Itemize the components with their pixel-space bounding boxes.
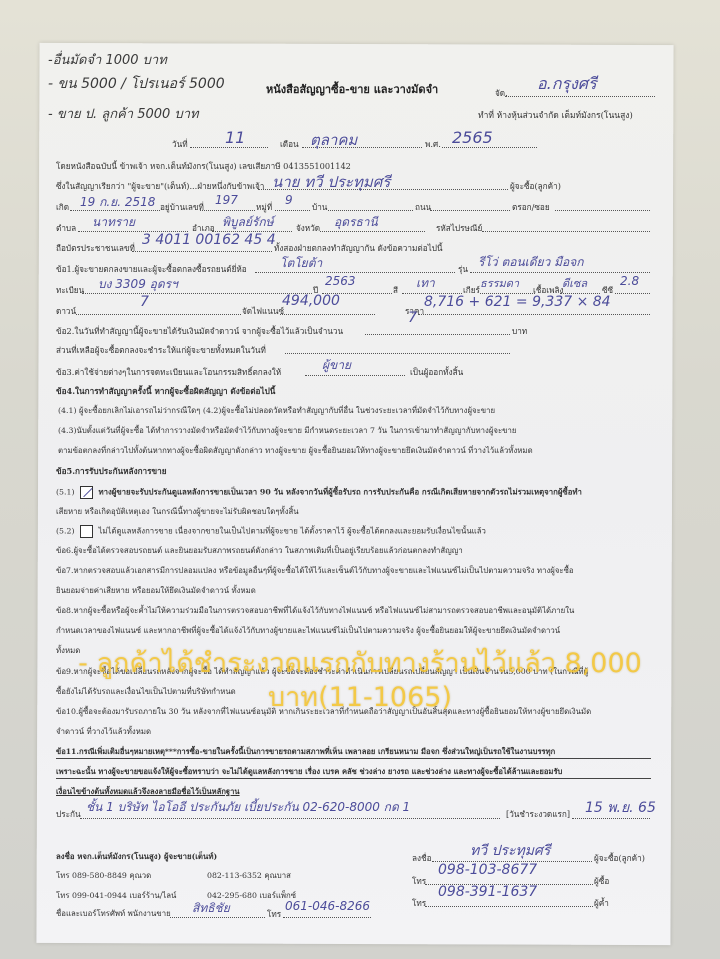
seller-phone-1: โทร 089-580-8849 คุณวด: [56, 870, 151, 882]
clause-11b-underline: [56, 778, 651, 779]
district-value: พิบูลย์รักษ์: [222, 213, 274, 232]
clause-5-1-label: (5.1): [56, 488, 74, 497]
seller-phone-3: โทร 099-041-0944 เบอร์ร้าน/ไลน์: [56, 890, 176, 902]
sales-phone: 061-046-8266: [285, 899, 370, 913]
province-label: จัด.: [495, 87, 508, 100]
down-rule: [76, 314, 241, 315]
postcode-rule: [482, 231, 650, 232]
guarantor-phone: 098-391-1637: [438, 884, 537, 900]
clause-4-1: (4.1) ผู้จะซื้อยกเลิกไม่เอารถไม่ว่ากรณีใ…: [58, 405, 495, 417]
road-rule: [430, 210, 510, 211]
payment-overlay-line2: บาท(11-1065): [0, 675, 720, 718]
finance-rule: [280, 314, 375, 315]
clause-11-underline: [56, 758, 651, 759]
buyer-name: นาย ทวี ประทุมศรี: [272, 170, 390, 194]
note-transport: - ขน 5000 / โปรเนอร์ 5000: [48, 73, 225, 95]
down-label: ดาวน์: [56, 305, 76, 318]
clause-7: ข้อ7.หากตรวจสอบแล้วเอกสารมีการปลอมแปลง ห…: [56, 565, 574, 577]
clause-4-3: (4.3)นับตั้งแต่วันที่ผู้จะซื้อ ได้ทำการว…: [58, 425, 516, 437]
born-value: 19 ก.ย. 2518: [80, 193, 155, 212]
seller-signature: ลงชื่อ หจก.เต็นท์มังกร(โนนสูง) ผู้จะขาย(…: [56, 851, 217, 863]
soi-rule: [555, 210, 650, 211]
clause-3-suffix: เป็นผู้ออกทั้งสิ้น: [410, 366, 463, 379]
sales-phone-rule: [283, 917, 371, 918]
village-label: บ้าน: [312, 201, 327, 214]
insurance-rule: [80, 818, 500, 819]
road-label: ถนน: [415, 201, 431, 214]
clause-8b: กำหนดเวลาของไฟแนนซ์ และหากอาชีพที่ผู้จะซ…: [56, 625, 560, 637]
guarantor-phone-suffix: ผู้ค้ำ: [594, 897, 609, 910]
clause-5: ข้อ5.การรับประกันหลังการขาย: [56, 465, 167, 478]
day-label: วันที่: [172, 138, 188, 151]
house-no: 197: [215, 193, 238, 207]
buyer-suffix: ผู้จะซื้อ(ลูกค้า): [510, 180, 561, 193]
clause-2-rule: [365, 334, 510, 335]
clause-2-value: 7: [408, 310, 417, 326]
year-car-value: 2563: [325, 274, 356, 288]
moo-rule: [275, 210, 310, 211]
id-label: ถือบัตรประชาชนเลขที่: [56, 242, 135, 255]
color-label: สี: [393, 284, 398, 297]
first-payment-value: 15 พ.ย. 65: [585, 797, 656, 819]
clause-5-1-text: ทางผู้ขายจะรับประกันดูแลหลังการขายเป็นเว…: [98, 488, 581, 497]
seller-phone-2: 082-113-6352 คุณบาส: [207, 870, 291, 882]
insurance-value: ชั้น 1 บริษัท ไอโออี ประกันภัย เบี้ยประก…: [86, 798, 410, 817]
clause-8: ข้อ8.หากผู้จะซื้อหรือผู้จะค้ำไม่ให้ความร…: [56, 605, 574, 617]
buyer-phone-label: โทร: [412, 875, 426, 888]
year-rule: [442, 147, 537, 148]
id-rule: [132, 251, 272, 252]
buyer-sig-suffix: ผู้จะซื้อ(ลูกค้า): [594, 852, 645, 865]
born-label: เกิด: [56, 201, 69, 214]
buyer-phone: 098-103-8677: [438, 862, 537, 878]
clause-3: ข้อ3.ค่าใช้จ่ายต่างๆในการจดทะเบียนและโอน…: [56, 366, 281, 379]
warranty-90-days-checkbox[interactable]: [80, 486, 93, 499]
seller-line: ซึ่งในสัญญาเรียกว่า "ผู้จะขาย"(เต็นท์)..…: [56, 180, 264, 193]
finance-label: จัดไฟแนนซ์: [242, 305, 284, 318]
clause-11c: เงื่อนไขข้างต้นทั้งหมดแล้วจึงลงลายมือชื่…: [56, 786, 240, 798]
sales-phone-label: โทร: [267, 908, 281, 921]
subdistrict-value: นาทราย: [92, 213, 135, 232]
year-label: พ.ศ.: [425, 138, 441, 151]
cc-value: 2.8: [620, 274, 639, 288]
clause-6: ข้อ6.ผู้จะซื้อได้ตรวจสอบรถยนต์ และยินยอม…: [56, 545, 463, 557]
clause-2-unit: บาท: [512, 325, 527, 338]
note-deposit: -อื่นมัดจำ 1000 บาท: [48, 49, 167, 70]
clause-5-2-text: ไม่ได้ดูแลหลังการขาย เนื่องจากขายในเป็นไ…: [98, 527, 485, 536]
day-value: 11: [225, 128, 245, 147]
fuel-value: ดีเซล: [562, 274, 587, 292]
clause-2b-rule: [285, 353, 510, 354]
year-value: 2565: [452, 128, 493, 147]
clause-7b: ยินยอมจ่ายค่าเสียหาย หรือยอมให้ยึดเงินมั…: [56, 585, 256, 597]
moo-value: 9: [285, 193, 293, 207]
price-rule: [418, 314, 650, 315]
day-rule: [190, 147, 268, 148]
clause-2b: ส่วนที่เหลือผู้จะซื้อตกลงจะชำระให้แก่ผู้…: [56, 344, 266, 357]
clause-10b: จำดาวน์ ที่วางไว้แล้วทั้งหมด: [56, 726, 151, 738]
buyer-phone-suffix: ผู้ซื้อ: [594, 875, 609, 888]
clause-5-2-label: (5.2): [56, 527, 74, 536]
note-sale: - ขาย ป. ลูกค้า 5000 บาท: [48, 103, 199, 124]
reg-label: ทะเบียน: [56, 284, 84, 297]
guarantor-phone-label: โทร: [412, 897, 426, 910]
soi-label: ตรอก/ซอย: [512, 201, 550, 214]
buyer-sig-label: ลงชื่อ: [412, 852, 432, 865]
reg-value: บง 3309 อุดรฯ: [98, 275, 178, 294]
month-label: เดือน: [280, 138, 299, 151]
house-rule: [200, 210, 255, 211]
province-value: อ.กรุงศรี: [537, 72, 597, 97]
postcode-label: รหัสไปรษณีย์: [436, 222, 482, 235]
cc-rule: [615, 293, 650, 294]
clause-3-rule: [305, 375, 405, 376]
clause-11: ข้อ11.กรณีเพิ่มเติมอื่นๆหมายเหตุ***การซื…: [56, 746, 555, 758]
gear-value: ธรรมดา: [480, 274, 519, 292]
down-value: 7: [140, 294, 149, 310]
color-value: เทา: [416, 274, 435, 293]
first-payment-label: [วันชำระงวดแรก]: [506, 808, 570, 821]
village-rule: [328, 210, 413, 211]
house-no-label: อยู่บ้านเลขที่: [160, 201, 204, 214]
sales-label: ชื่อและเบอร์โทรศัพท์ พนักงานขาย: [56, 908, 171, 920]
month-value: ตุลาคม: [310, 128, 357, 152]
finance-value: 494,000: [282, 293, 340, 309]
brand-value: โตโยต้า: [280, 254, 322, 273]
clause-3-value: ผู้ขาย: [322, 356, 351, 375]
price-value: 8,716 + 621 = 9,337 × 84: [424, 294, 611, 310]
clause-5-1: (5.1) ทางผู้ขายจะรับประกันดูแลหลังการขาย…: [56, 486, 582, 499]
insurance-label: ประกัน: [56, 808, 81, 821]
buyer-signature: ทวี ประทุมศรี: [470, 840, 550, 862]
clause-2: ข้อ2.ในวันที่ทำสัญญานี้ผู้จะขายได้รับเงิ…: [56, 325, 343, 338]
clause-11b: เพราะฉะนั้น ทางผู้จะขายขอแจ้งให้ผู้จะซื้…: [56, 766, 562, 778]
clause-5-1b: เสียหาย หรือเกิดอุบัติเหตุเอง ในกรณีนี้ท…: [56, 506, 299, 518]
id-value: 3 4011 00162 45 4: [142, 232, 276, 248]
clause-4-3b: ตามข้อตกลงที่กล่าวไปทั้งต้นหากทางผู้จะซื…: [58, 445, 533, 457]
no-warranty-checkbox[interactable]: [80, 525, 93, 538]
model-label: รุ่น: [458, 263, 468, 276]
location: ทำที่ ห้างหุ้นส่วนจำกัด เต็มท์มังกร(โนนส…: [478, 108, 633, 122]
sales-name: สิทธิชัย: [192, 899, 230, 918]
model-value: รีโว่ ตอนเดียว มือจก: [478, 253, 584, 272]
document-title: หนังสือสัญญาซื้อ-ขาย และวางมัดจำ: [266, 80, 438, 98]
model-rule: [470, 272, 650, 273]
clause-5-2: (5.2) ไม่ได้ดูแลหลังการขาย เนื่องจากขายใ…: [56, 525, 486, 538]
clause-4: ข้อ4.ในการทำสัญญาครั้งนี้ หากผู้จะซื้อผิ…: [56, 385, 275, 398]
province-field-value: อุดรธานี: [334, 213, 378, 232]
subdistrict-label: ตำบล: [56, 222, 76, 235]
guarantor-phone-rule: [425, 906, 593, 907]
province-field-label: จังหวัด: [296, 222, 320, 235]
